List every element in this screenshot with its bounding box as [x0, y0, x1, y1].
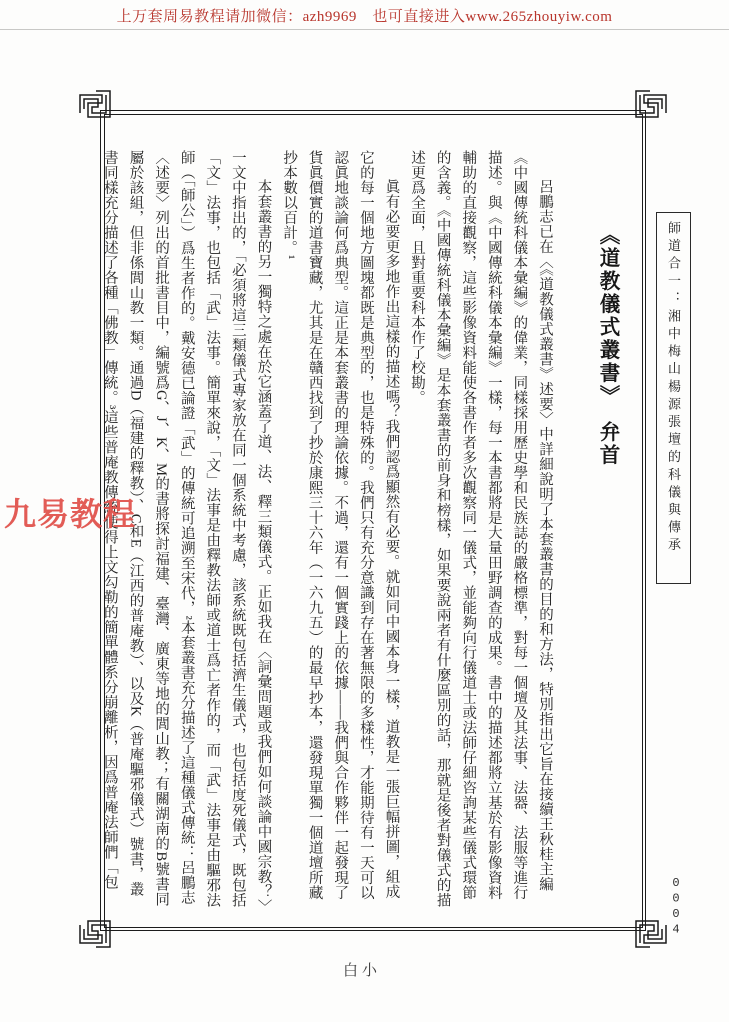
page-number: 0004: [669, 876, 683, 938]
corner-knot-icon: [74, 85, 120, 131]
scanned-book-page: 上万套周易教程请加微信：azh9969 也可直接进入www.265zhouyiw…: [0, 0, 729, 1022]
header-divider: [0, 29, 729, 30]
series-side-label-box: 師道合一：湘中梅山楊源張壇的科儀與傳承: [656, 212, 691, 584]
chapter-title: 《道教儀式叢書》 弁首: [592, 224, 622, 664]
paragraph: 呂鵬志已在〈《道教儀式叢書》述要〉中詳細說明了本套叢書的目的和方法，特別指出它旨…: [403, 150, 557, 910]
printer-mark: 白小: [343, 959, 381, 980]
series-side-label: 師道合一：湘中梅山楊源張壇的科儀與傳承: [664, 213, 683, 583]
paragraph: 眞有必要更多地作出這樣的描述嗎？我們認爲顯然有必要。就如同中國本身一樣，道教是一…: [275, 150, 403, 910]
watermark-text: 九易教程: [4, 489, 136, 535]
header-promo-text: 上万套周易教程请加微信：azh9969 也可直接进入www.265zhouyiw…: [0, 5, 729, 26]
corner-knot-icon: [74, 907, 120, 953]
corner-knot-icon: [626, 85, 672, 131]
body-text-block: 呂鵬志已在〈《道教儀式叢書》述要〉中詳細說明了本套叢書的目的和方法，特別指出它旨…: [96, 150, 557, 910]
corner-knot-icon: [626, 907, 672, 953]
